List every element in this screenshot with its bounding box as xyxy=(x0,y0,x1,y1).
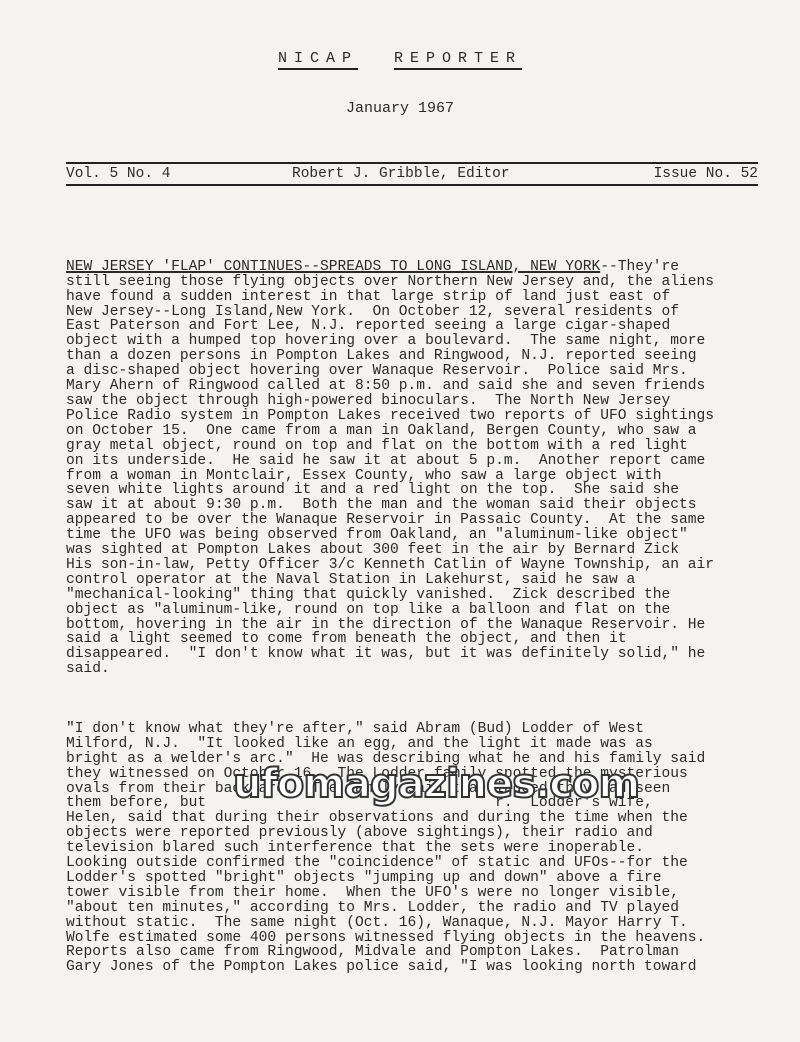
article-body: NEW JERSEY 'FLAP' CONTINUES--SPREADS TO … xyxy=(66,230,766,1020)
text-line: Reports also came from Ringwood, Midvale… xyxy=(66,945,766,960)
text-line: seven white lights around it and a red l… xyxy=(66,483,766,498)
text-line: saw the object through high-powered bino… xyxy=(66,394,766,409)
text-line: without static. The same night (Oct. 16)… xyxy=(66,916,766,931)
editor-credit: Robert J. Gribble, Editor xyxy=(292,164,510,184)
text-line: disappeared. "I don't know what it was, … xyxy=(66,647,766,662)
issue-date: January 1967 xyxy=(0,100,800,117)
text-line: Helen, said that during their observatio… xyxy=(66,811,766,826)
text-line: have found a sudden interest in that lar… xyxy=(66,290,766,305)
text-line: objects were reported previously (above … xyxy=(66,826,766,841)
text-line: on its underside. He said he saw it at a… xyxy=(66,454,766,469)
issue-number: Issue No. 52 xyxy=(654,164,758,184)
masthead-word-reporter: REPORTER xyxy=(394,50,522,70)
masthead-word-nicap: NICAP xyxy=(278,50,358,70)
text-line: said. xyxy=(66,662,766,677)
article-headline: NEW JERSEY 'FLAP' CONTINUES--SPREADS TO … xyxy=(66,259,600,275)
newsletter-page: NICAPREPORTER January 1967 Vol. 5 No. 4 … xyxy=(0,0,800,1042)
watermark: ufomagazines.com xyxy=(233,762,639,806)
text-line: object with a humped top hovering over a… xyxy=(66,334,766,349)
text-line: Gary Jones of the Pompton Lakes police s… xyxy=(66,960,766,975)
text-line: object as "aluminum-like, round on top l… xyxy=(66,603,766,618)
text-line: Looking outside confirmed the "coinciden… xyxy=(66,856,766,871)
text-line: East Paterson and Fort Lee, N.J. reporte… xyxy=(66,319,766,334)
text-line: said a light seemed to come from beneath… xyxy=(66,632,766,647)
article-paragraph-2: "I don't know what they're after," said … xyxy=(66,722,766,975)
text-line: appeared to be over the Wanaque Reservoi… xyxy=(66,513,766,528)
text-line: "I don't know what they're after," said … xyxy=(66,722,766,737)
text-line: still seeing those flying objects over N… xyxy=(66,275,766,290)
text-line: Lodder's spotted "bright" objects "jumpi… xyxy=(66,871,766,886)
text-line: Wolfe estimated some 400 persons witness… xyxy=(66,931,766,946)
text-line: than a dozen persons in Pompton Lakes an… xyxy=(66,349,766,364)
text-line: television blared such interference that… xyxy=(66,841,766,856)
text-line: saw it at about 9:30 p.m. Both the man a… xyxy=(66,498,766,513)
volume-bar: Vol. 5 No. 4 Robert J. Gribble, Editor I… xyxy=(66,162,758,186)
text-line: bottom, hovering in the air in the direc… xyxy=(66,618,766,633)
text-line: time the UFO was being observed from Oak… xyxy=(66,528,766,543)
text-line: was sighted at Pompton Lakes about 300 f… xyxy=(66,543,766,558)
text-line: from a woman in Montclair, Essex County,… xyxy=(66,469,766,484)
text-line: gray metal object, round on top and flat… xyxy=(66,439,766,454)
text-line: on October 15. One came from a man in Oa… xyxy=(66,424,766,439)
article-paragraph-1: NEW JERSEY 'FLAP' CONTINUES--SPREADS TO … xyxy=(66,260,766,677)
text-line: Mary Ahern of Ringwood called at 8:50 p.… xyxy=(66,379,766,394)
text-line: tower visible from their home. When the … xyxy=(66,886,766,901)
text-line: control operator at the Naval Station in… xyxy=(66,573,766,588)
text-line: New Jersey--Long Island,New York. On Oct… xyxy=(66,305,766,320)
text-line: "about ten minutes," according to Mrs. L… xyxy=(66,901,766,916)
text-line: Milford, N.J. "It looked like an egg, an… xyxy=(66,737,766,752)
masthead-title: NICAPREPORTER xyxy=(0,50,800,67)
text-line: a disc-shaped object hovering over Wanaq… xyxy=(66,364,766,379)
volume-number: Vol. 5 No. 4 xyxy=(66,164,170,184)
text-line: Police Radio system in Pompton Lakes rec… xyxy=(66,409,766,424)
text-line: His son-in-law, Petty Officer 3/c Kennet… xyxy=(66,558,766,573)
text-line: "mechanical-looking" thing that quickly … xyxy=(66,588,766,603)
